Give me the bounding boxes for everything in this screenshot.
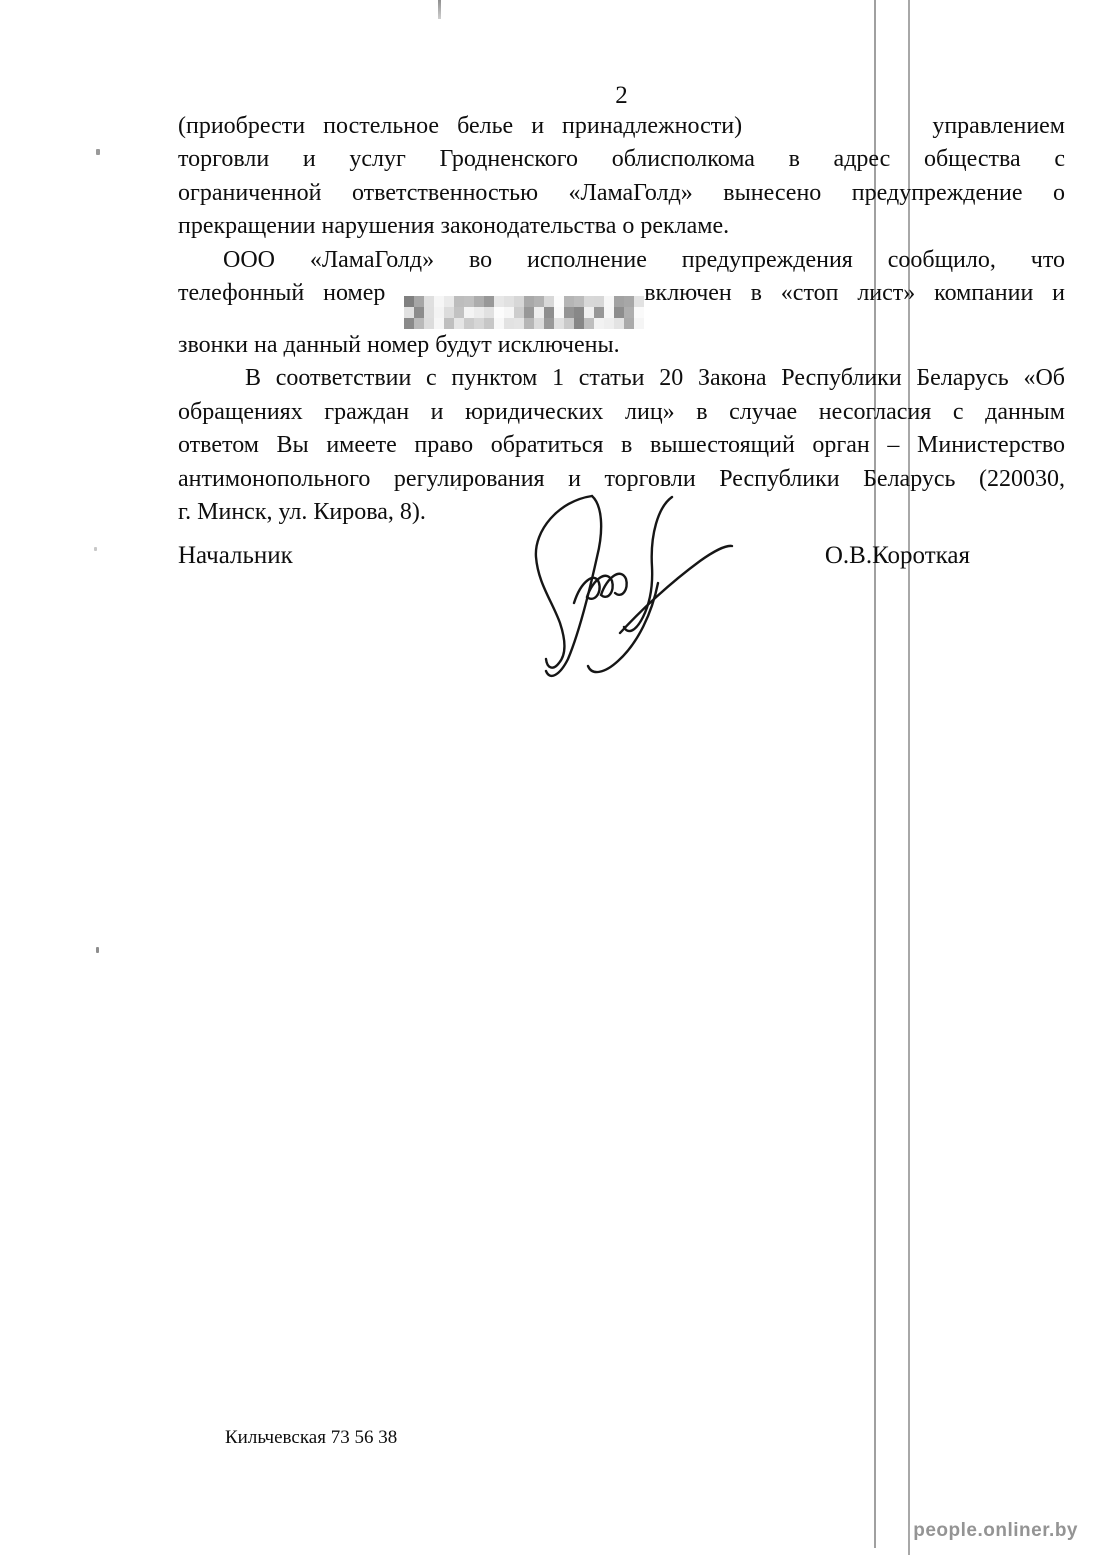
- text-line-segment: телефонный номер: [178, 280, 385, 306]
- text-line: ограниченной ответственностью «ЛамаГолд»…: [178, 177, 1065, 210]
- text-line: В соответствии с пунктом 1 статьи 20 Зак…: [178, 362, 1065, 395]
- text-line: звонки на данный номер будут исключены.: [178, 329, 1065, 362]
- page-number: 2: [178, 82, 1065, 110]
- scan-speck: [96, 149, 100, 155]
- paragraph-2: ООО «ЛамаГолд» во исполнение предупрежде…: [178, 244, 1065, 363]
- footer-contact: Кильчевская 73 56 38: [225, 1427, 397, 1449]
- redacted-phone-number: [404, 296, 644, 329]
- text-line: (приобрести постельное белье и принадлеж…: [178, 110, 1065, 143]
- signer-name: О.В.Короткая: [825, 542, 970, 570]
- watermark-label: people.onliner.by: [913, 1520, 1078, 1542]
- scan-speck: [94, 547, 97, 551]
- text-line: телефонный номер включен в «стоп лист» к…: [178, 277, 1065, 329]
- scan-speck: [96, 947, 99, 953]
- paragraph-1: (приобрести постельное белье и принадлеж…: [178, 110, 1065, 244]
- text-line: ответом Вы имеете право обратиться в выш…: [178, 429, 1065, 462]
- text-line-segment: (приобрести постельное белье и принадлеж…: [178, 110, 742, 143]
- text-line: обращениях граждан и юридических лиц» в …: [178, 396, 1065, 429]
- text-line-segment: управлением: [932, 110, 1065, 143]
- document-body: (приобрести постельное белье и принадлеж…: [178, 110, 1065, 529]
- text-line: ООО «ЛамаГолд» во исполнение предупрежде…: [178, 244, 1065, 277]
- signature-image: [500, 483, 740, 683]
- text-line-segment: включен в «стоп лист» компании и: [644, 280, 1065, 306]
- text-line: торговли и услуг Гродненского облисполко…: [178, 143, 1065, 176]
- signer-role-label: Начальник: [178, 542, 293, 570]
- scanned-document-page: 2 (приобрести постельное белье и принадл…: [0, 0, 1100, 1555]
- signature-row: Начальник О.В.Короткая: [178, 542, 970, 570]
- scan-tick-mark: [438, 0, 441, 19]
- text-line: прекращении нарушения законодательства о…: [178, 210, 1065, 243]
